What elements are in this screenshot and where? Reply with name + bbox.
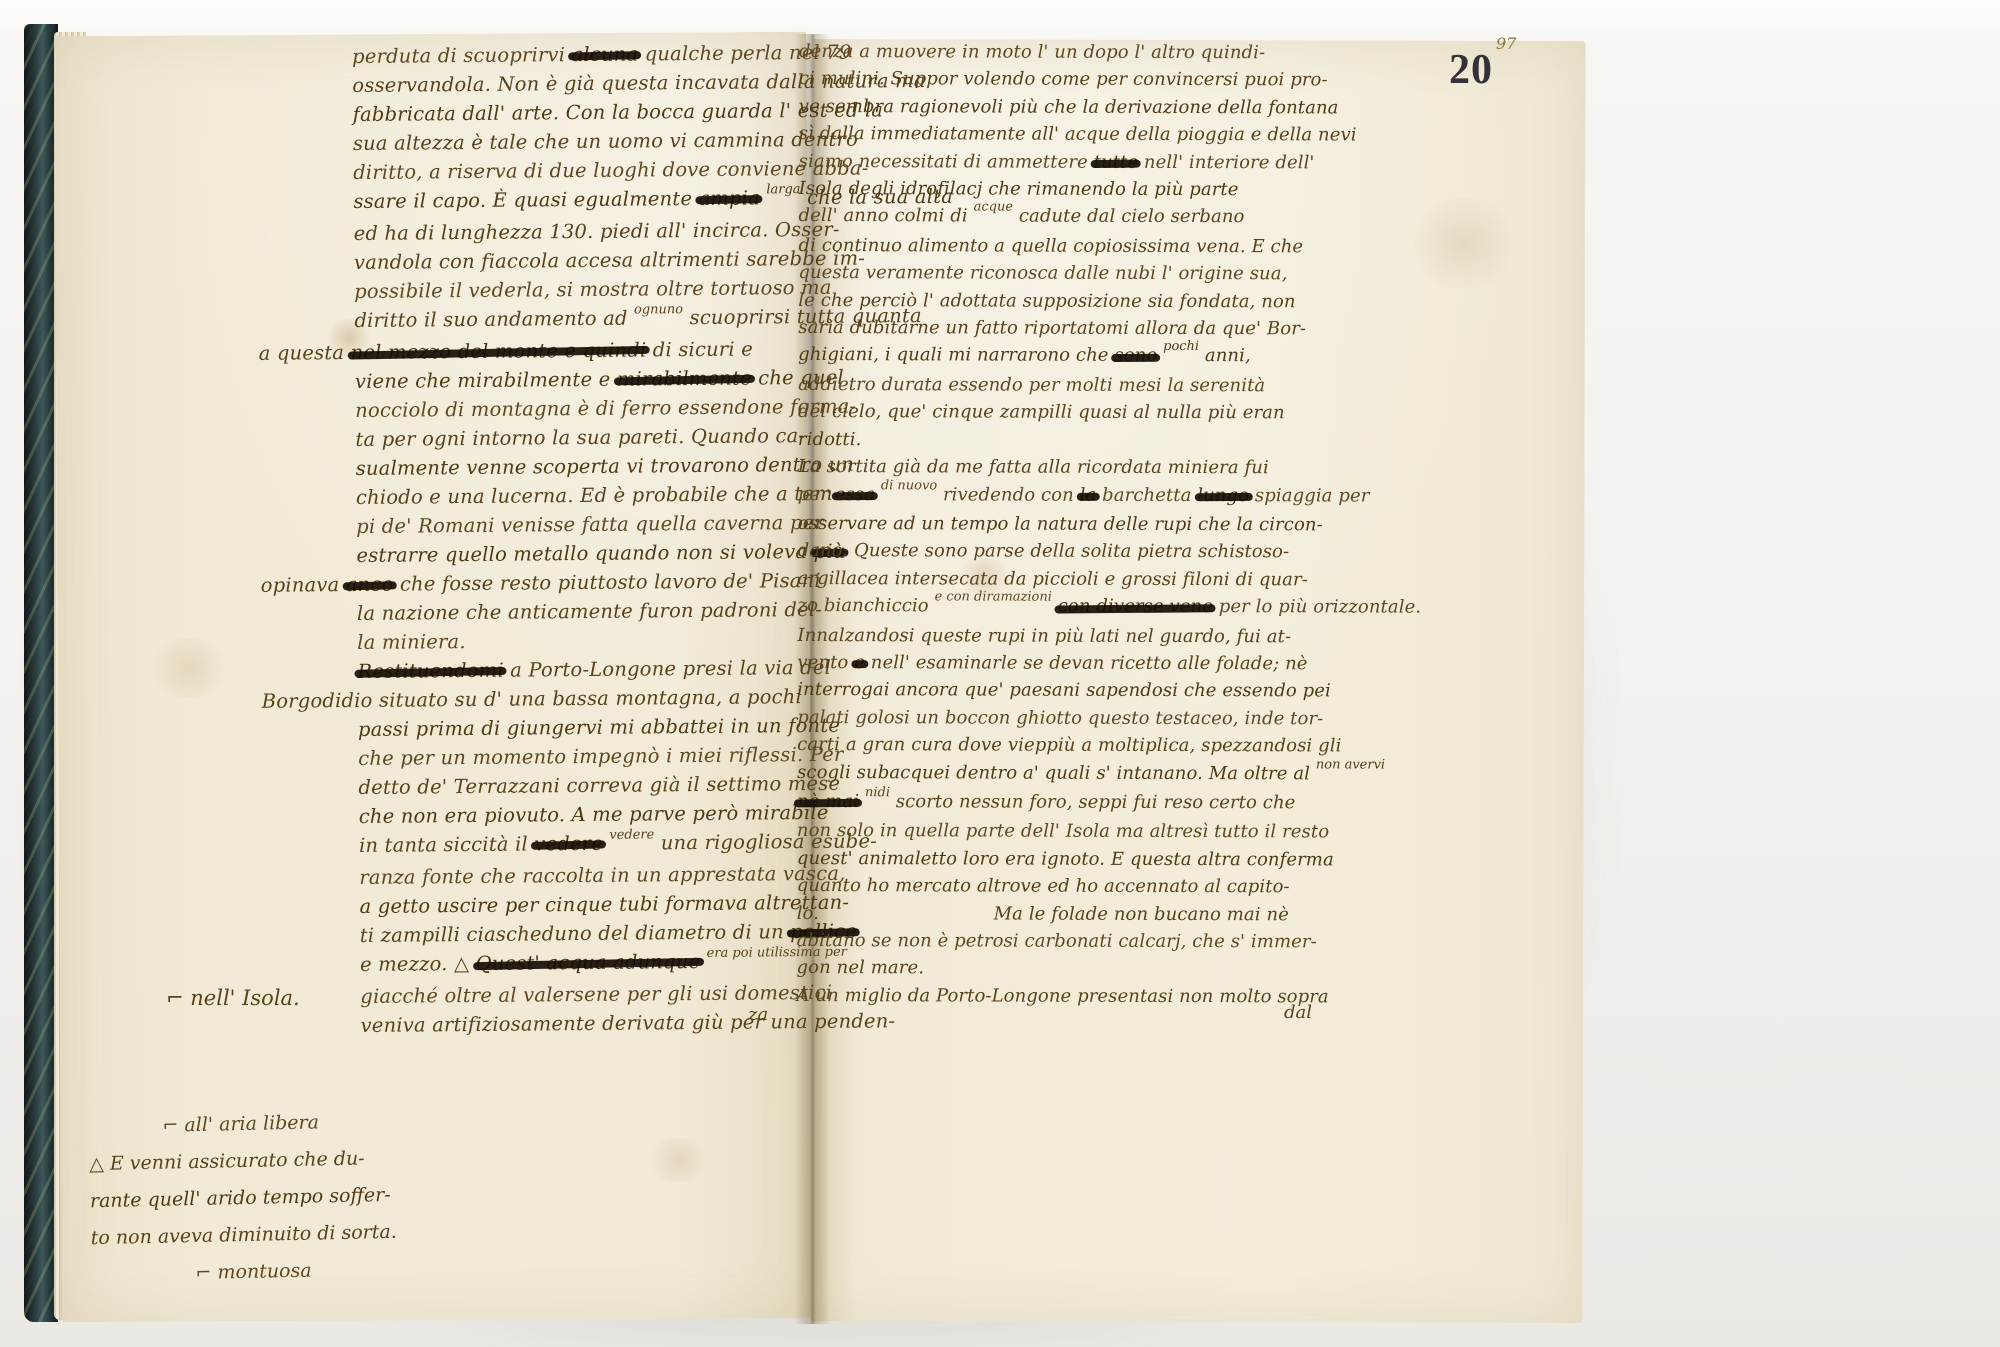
manuscript-line: vandola con fiaccola accesa altrimenti s… xyxy=(354,244,790,277)
struck-out-text: ampia xyxy=(698,183,760,213)
struck-out-text: e xyxy=(854,649,865,676)
manuscript-line: ⌐ all' aria libera xyxy=(162,1103,395,1145)
manuscript-line: giacché oltre al valersene per gli usi d… xyxy=(360,978,796,1011)
manuscript-line: Isola degli idrofilacj che rimanendo la … xyxy=(799,175,1307,204)
manuscript-line: osservare ad un tempo la natura delle ru… xyxy=(798,510,1306,539)
manuscript-line: dell' anno colmi di acque cadute dal cie… xyxy=(798,202,1306,233)
manuscript-line: perduta di scuoprirvi alcuna qualche per… xyxy=(352,38,788,71)
manuscript-line: ve sembra ragionevoli più che la derivaz… xyxy=(799,93,1307,122)
manuscript-line: addietro durata essendo per molti mesi l… xyxy=(798,371,1306,400)
manuscript-line: estrarre quello metallo quando non si vo… xyxy=(356,537,792,570)
manuscript-line: rante quell' arido tempo soffer- xyxy=(90,1177,397,1220)
inserted-text: nidi xyxy=(865,779,890,806)
manuscript-line: e mezzo. △ Quest' acqua adunque era poi … xyxy=(360,946,796,982)
manuscript-line: le che perciò l' adottata supposizione s… xyxy=(798,287,1306,316)
manuscript-line: ed ha di lunghezza 130. piedi all' incir… xyxy=(354,215,790,248)
manuscript-line: to non aveva diminuito di sorta. xyxy=(90,1214,397,1257)
struck-out-text: anco xyxy=(346,570,394,599)
manuscript-line: ⌐ montuosa xyxy=(195,1251,398,1292)
manuscript-line: dano. Queste sono parse della solita pie… xyxy=(798,537,1306,566)
catchword-left-page: za xyxy=(748,1004,768,1025)
manuscript-line: osservandola. Non è già questa incavata … xyxy=(352,67,788,100)
manuscript-line: diritto il suo andamento ad ognuno scuop… xyxy=(354,302,790,338)
manuscript-line: abitano se non è petrosi carbonati calca… xyxy=(797,927,1305,956)
struck-out-text: sono xyxy=(1114,342,1157,370)
manuscript-line: diritto, a riserva di due luoghi dove co… xyxy=(353,154,789,187)
catchword-right-page: dal xyxy=(1284,1002,1312,1023)
manuscript-line: lo. Ma le folade non bucano mai nè xyxy=(797,900,1305,929)
manuscript-line: denza a muovere in moto l' un dopo l' al… xyxy=(799,38,1307,67)
manuscript-line: nocciolo di montagna è di ferro essendon… xyxy=(355,392,791,425)
struck-out-text: tutte xyxy=(1094,148,1139,176)
manuscript-line: di continuo alimento a quella copiosissi… xyxy=(798,232,1306,261)
inserted-text: e con diramazioni xyxy=(935,583,1052,611)
manuscript-line: sua altezza è tale che un uomo vi cammin… xyxy=(353,125,789,158)
manuscript-line: △ E venni assicurato che du- xyxy=(89,1140,396,1183)
manuscript-line: per essa di nuovo rivedendo con la barch… xyxy=(798,480,1306,511)
manuscript-line: in tanta siccità il vedere vedere una ri… xyxy=(359,827,795,863)
inserted-text: pochi xyxy=(1163,333,1199,361)
manuscript-line: ranza fonte che raccolta in un apprestat… xyxy=(359,859,795,892)
manuscript-line: Borgodidio situato su d' una bassa monta… xyxy=(262,682,794,716)
book-cover-edge xyxy=(24,24,58,1322)
struck-out-text: lungo xyxy=(1197,482,1249,510)
struck-out-text: essa xyxy=(835,481,875,509)
margin-note-isola: ⌐ nell' Isola. xyxy=(166,986,300,1010)
struck-out-text: Restituendomi xyxy=(357,656,504,686)
manuscript-line: Restituendomi a Porto-Longone presi la v… xyxy=(357,653,793,686)
manuscript-line: vento e nell' esaminarle se devan ricett… xyxy=(797,649,1305,678)
manuscript-line: la miniera. xyxy=(357,624,793,657)
manuscript-line: quest' animaletto loro era ignoto. E que… xyxy=(797,845,1305,874)
margin-note-bottom: ⌐ all' aria libera△ E venni assicurato c… xyxy=(88,1103,398,1294)
right-page-text-block: denza a muovere in moto l' un dopo l' al… xyxy=(796,38,1307,1011)
struck-out-text: nel mezzo del monte e quindi xyxy=(350,335,646,367)
folio-annotation: 97 xyxy=(1496,34,1516,53)
struck-out-text: con diverse vene xyxy=(1058,593,1213,621)
manuscript-line: pi de' Romani venisse fatta quella caver… xyxy=(356,508,792,541)
manuscript-line: carti a gran cura dove vieppiù a moltipl… xyxy=(797,731,1305,760)
manuscript-line: a questa nel mezzo del monte e quindi di… xyxy=(259,334,791,368)
manuscript-line: opinava anco che fosse resto piuttosto l… xyxy=(261,566,793,600)
manuscript-line: A un miglio da Porto-Longone presentasi … xyxy=(796,982,1304,1011)
manuscript-line: chiodo e una lucerna. Ed è probabile che… xyxy=(356,479,792,512)
manuscript-line: fabbricata dall' arte. Con la bocca guar… xyxy=(353,96,789,129)
manuscript-line: sarìa dubitarne un fatto riportatomi all… xyxy=(798,314,1306,343)
struck-out-text: alcuna xyxy=(571,40,638,70)
struck-out-text: vedere xyxy=(534,829,603,859)
manuscript-line: possibile il vederla, si mostra oltre to… xyxy=(354,273,790,306)
inserted-text: ognuno xyxy=(634,295,683,324)
manuscript-line: siamo necessitati di ammettere tutte nel… xyxy=(799,148,1307,177)
manuscript-line: sì dalla immediatamente all' acque della… xyxy=(799,120,1307,149)
manuscript-line: palati golosi un boccon ghiotto questo t… xyxy=(797,704,1305,733)
manuscript-line: zo bianchiccio e con diramazioni con div… xyxy=(797,592,1305,623)
manuscript-line: che non era piovuto. A me parve però mir… xyxy=(359,798,795,831)
manuscript-line: ta per ogni intorno la sua pareti. Quand… xyxy=(355,421,791,454)
inserted-text: larga xyxy=(766,175,800,204)
manuscript-line: gon nel mare. xyxy=(797,954,1305,983)
inserted-text: di nuovo xyxy=(881,472,937,500)
manuscript-line: passi prima di giungervi mi abbattei in … xyxy=(358,711,794,744)
struck-out-text: Quest' acqua adunque xyxy=(475,947,700,978)
manuscript-line: ridotti. xyxy=(798,426,1306,455)
manuscript-line: del cielo, que' cinque zampilli quasi al… xyxy=(798,398,1306,427)
manuscript-line: la nazione che anticamente furon padroni… xyxy=(357,595,793,628)
manuscript-line: quanto ho mercato altrove ed ho accennat… xyxy=(797,872,1305,901)
photograph-background: { "colors":{"ink":"#57421a","blot":"#150… xyxy=(0,0,2000,1347)
inserted-text: acque xyxy=(974,194,1013,222)
manuscript-line: sualmente venne scoperta vi trovarono de… xyxy=(356,450,792,483)
manuscript-line: ghigiani, i quali mi narrarono che sono … xyxy=(798,341,1306,372)
manuscript-line: detto de' Terrazzani correva già il sett… xyxy=(358,769,794,802)
manuscript-line: nè mai nidi scorto nessun foro, seppi fu… xyxy=(797,788,1305,819)
manuscript-line: che per un momento impegnò i miei rifles… xyxy=(358,740,794,773)
struck-out-text: la xyxy=(1080,481,1097,508)
manuscript-line: a getto uscire per cinque tubi formava a… xyxy=(359,888,795,921)
left-page-text-block: perduta di scuoprirvi alcuna qualche per… xyxy=(352,38,797,1040)
manuscript-line: La sortita già da me fatta alla ricordat… xyxy=(798,453,1306,482)
inserted-text: vedere xyxy=(609,820,654,849)
manuscript-line: Innalzandosi queste rupi in più lati nel… xyxy=(797,622,1305,651)
manuscript-line: non solo in quella parte dell' Isola ma … xyxy=(797,817,1305,846)
struck-out-text: mirabilmente xyxy=(617,364,752,394)
manuscript-line: viene che mirabilmente e mirabilmente ch… xyxy=(355,363,791,396)
manuscript-line: interrogai ancora que' paesani sapendosi… xyxy=(797,676,1305,705)
manuscript-line: questa veramente riconosca dalle nubi l'… xyxy=(798,259,1306,288)
struck-out-text: nè mai xyxy=(797,788,859,816)
page-number: 20 xyxy=(1449,46,1493,94)
manuscript-line: veniva artifiziosamente derivata giù per… xyxy=(360,1007,796,1040)
manuscript-line: ssare il capo. È quasi egualmente ampia … xyxy=(353,183,789,219)
inserted-text: non avervi xyxy=(1316,751,1385,779)
manuscript-line: ci mulini. Suppor volendo come per convi… xyxy=(799,65,1307,94)
